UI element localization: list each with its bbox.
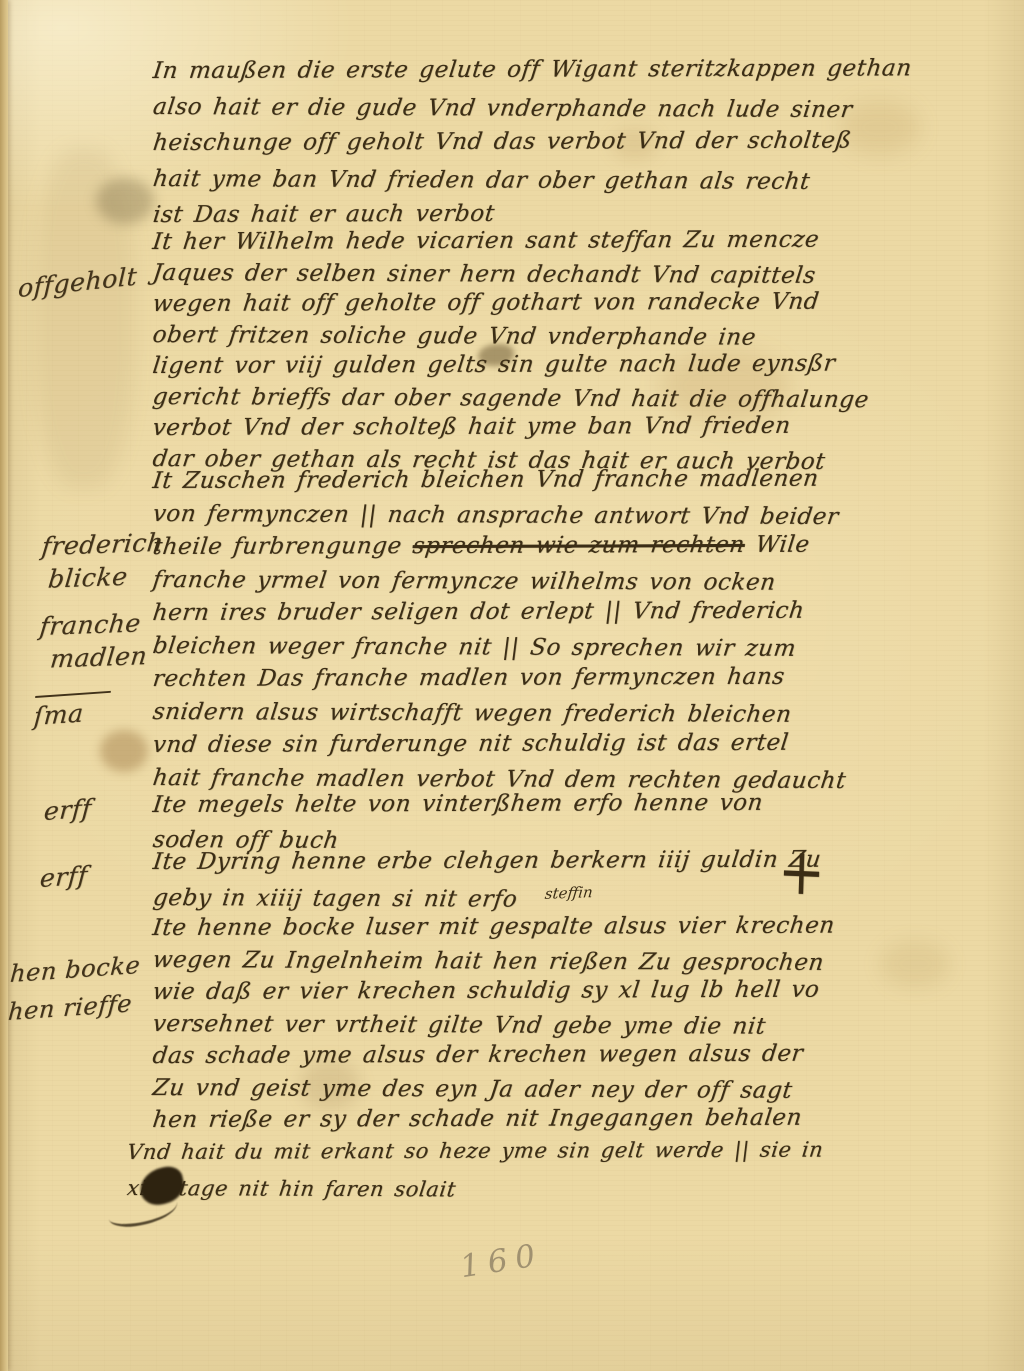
margin-note: franchemadlen (35, 606, 153, 676)
text-segment: Wile (743, 532, 811, 558)
paragraph: In maußen die erste gelute off Wigant st… (152, 58, 992, 238)
paragraph: Ite henne bocke luser mit gespalte alsus… (152, 915, 992, 1139)
margin-note-line: madlen (35, 639, 149, 676)
margin-note: hen rieffe (7, 987, 133, 1029)
margin-note: erff (39, 859, 89, 895)
text-line: In maußen die erste gelute off Wigant st… (150, 55, 995, 94)
margin-note-line: hen bocke (9, 949, 142, 991)
text-line: It her Wilhelm hede vicarien sant steffa… (151, 226, 995, 260)
text-line: Ite megels helte von vinterßhem erfo hen… (150, 789, 995, 827)
paragraph: Vnd hait du mit erkant so heze yme sin g… (126, 1140, 966, 1212)
text-line: Vnd hait du mit erkant so heze yme sin g… (124, 1137, 969, 1176)
text-line: hern ires bruder seligen dot erlept || V… (150, 597, 994, 633)
margin-note: offgeholt (17, 260, 137, 305)
margin-note-line: erff (39, 859, 89, 895)
text-line: It Zuschen frederich bleichen Vnd franch… (150, 465, 994, 501)
text-line: vnd diese sin furderunge nit schuldig is… (150, 729, 994, 765)
paragraph: It her Wilhelm hede vicarien sant steffa… (152, 229, 992, 477)
margin-note-line: franche (38, 606, 152, 643)
text-line: wegen hait off geholte off gothart von r… (151, 288, 995, 322)
text-line: rechten Das franche madlen von fermyncze… (150, 663, 994, 699)
text-segment: theile furbrengunge (151, 533, 414, 560)
text-line: xiiij tage nit hin faren solait (124, 1176, 968, 1216)
text-line: ligent vor viij gulden gelts sin gulte n… (151, 350, 995, 384)
interlinear-insertion: steffin (544, 883, 594, 903)
paragraph: It Zuschen frederich bleichen Vnd franch… (152, 468, 992, 798)
struck-text: sprechen wie zum rechten (411, 532, 746, 559)
manuscript-page: offgeholtfrederichblickefranchemadlenſma… (0, 0, 1024, 1371)
margin-note: ſma (33, 691, 112, 733)
margin-note-line: ſma (33, 691, 112, 733)
text-line: verbot Vnd der scholteß hait yme ban Vnd… (151, 412, 995, 446)
text-line: wie daß er vier krechen schuldig sy xl l… (150, 976, 994, 1011)
text-line: Ite henne bocke luser mit gespalte alsus… (150, 912, 994, 947)
cross-mark: + (777, 834, 826, 911)
margin-note-line: hen rieffe (7, 987, 133, 1029)
text-line: Ite Dyring henne erbe clehgen berkern ii… (150, 846, 995, 885)
text-line: theile furbrengunge sprechen wie zum rec… (150, 531, 994, 567)
folio-number: 160 (458, 1237, 546, 1286)
margin-note-line: erff (43, 792, 93, 828)
margin-note: frederichblicke (37, 526, 166, 596)
margin-note-line: frederich (40, 526, 165, 563)
text-line: das schade yme alsus der krechen wegen a… (150, 1040, 994, 1075)
margin-note: hen bocke (9, 949, 142, 991)
text-line: heischunge off geholt Vnd das verbot Vnd… (150, 127, 995, 166)
margin-note-line: blicke (37, 559, 162, 596)
margin-note: erff (43, 792, 93, 828)
text-line: hen rieße er sy der schade nit Ingegange… (150, 1104, 994, 1139)
margin-note-line: offgeholt (17, 260, 137, 305)
